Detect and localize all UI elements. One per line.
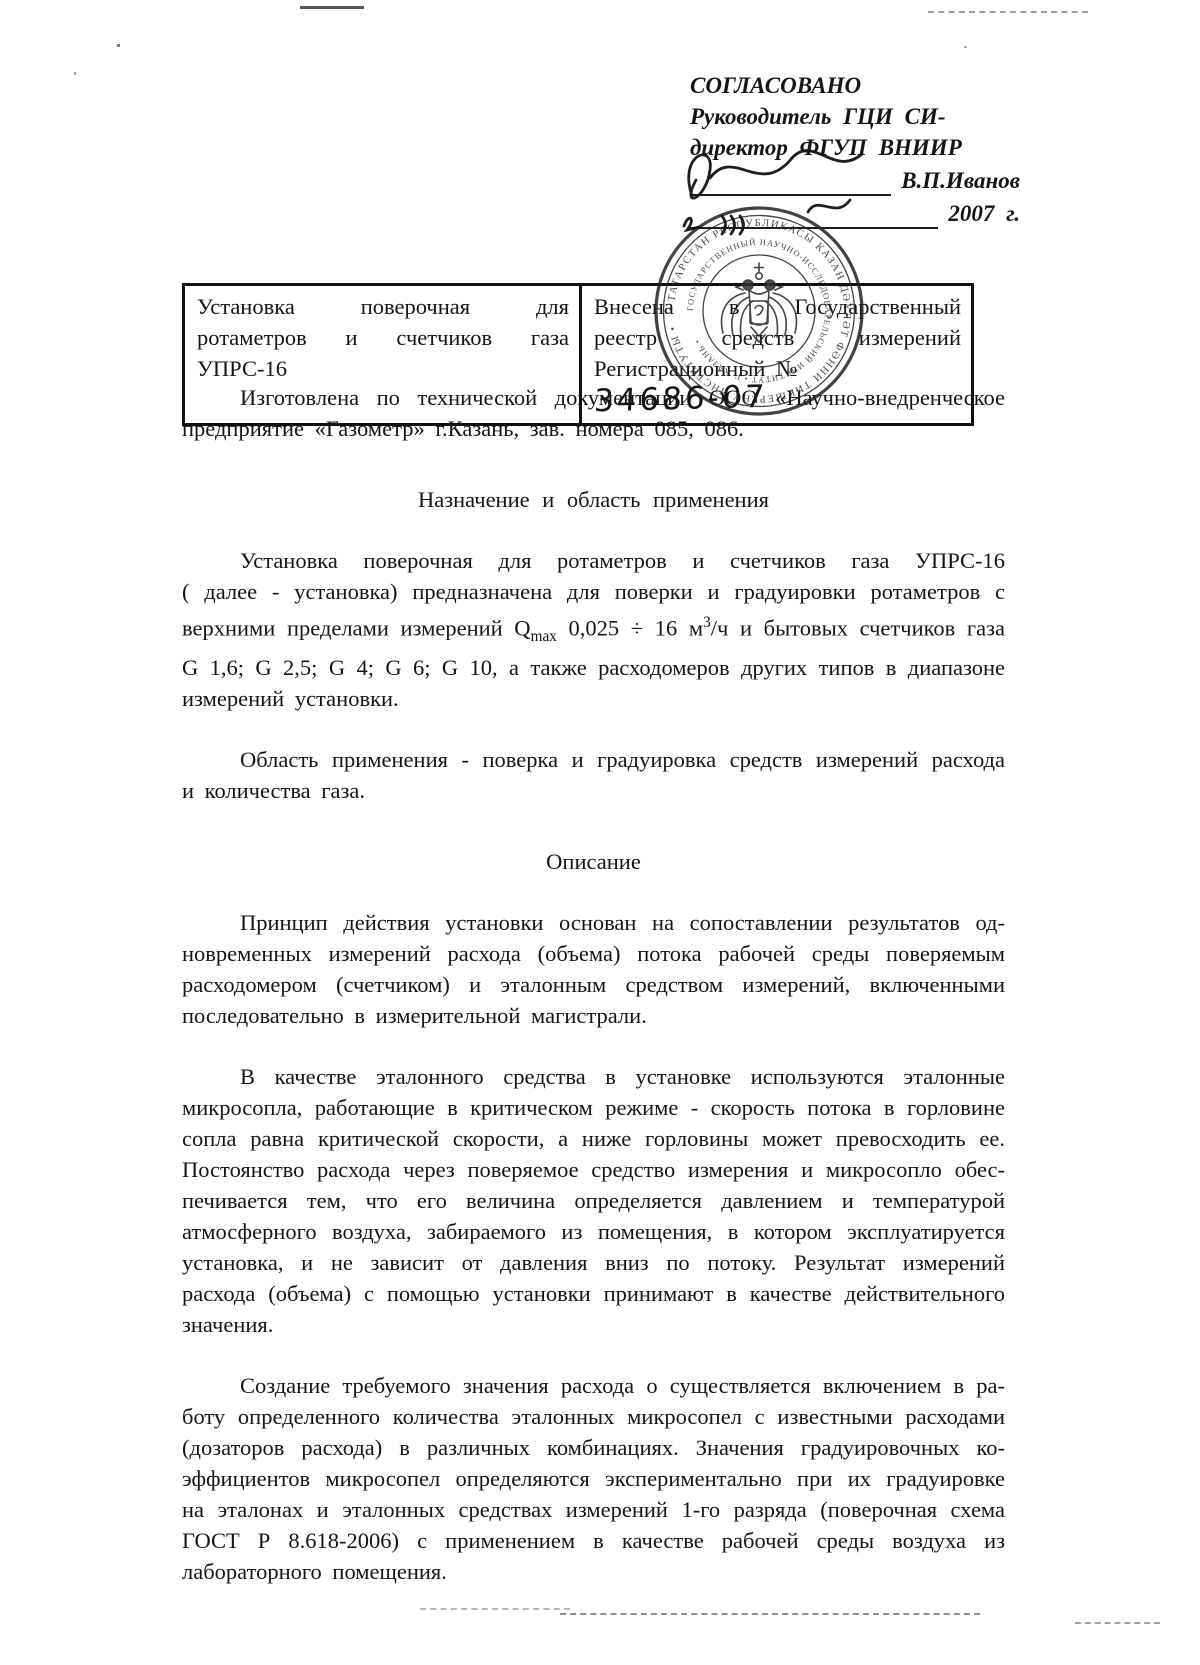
scan-artifact-dashes-bottom — [560, 1613, 980, 1615]
scan-artifact-line — [300, 6, 364, 9]
paragraph-etalonnoe-sredstvo: В качестве эталонного средства в установ… — [182, 1061, 1005, 1340]
approval-title: СОГЛАСОВАНО — [690, 70, 1020, 101]
scanned-document-page: { "approval": { "title": "СОГЛАСОВАНО", … — [0, 0, 1200, 1665]
seal-ring-inner-text: ГОСУДАРСТВЕННЫЙ НАУЧНО-ИССЛЕДОВАТЕЛЬСКИЙ… — [685, 237, 833, 385]
paragraph-oblast-primeneniya: Область применения - поверка и градуиров… — [182, 744, 1005, 806]
approval-signatory-name: В.П.Иванов — [901, 165, 1020, 196]
paragraph-naznachenie: Установка поверочная для ротаметров и сч… — [182, 545, 1005, 714]
scan-artifact-dashes — [928, 11, 1088, 13]
scan-artifact-dashes-bottom — [1075, 1622, 1160, 1624]
scan-artifact-dot — [964, 46, 967, 48]
heading-opisanie: Описание — [182, 846, 1005, 877]
scan-artifact-dashes-bottom — [420, 1608, 570, 1610]
scan-artifact-dot — [117, 44, 120, 47]
approval-date: 2007 г. — [948, 198, 1020, 229]
heading-naznachenie: Назначение и область применения — [182, 484, 1005, 515]
table-cell-device-name: Установка поверочная дляротаметров и сче… — [185, 286, 582, 423]
document-body: Изготовлена по технической документации … — [182, 382, 1005, 1587]
paragraph-sozdanie-rashoda: Создание требуемого значения расхода о с… — [182, 1370, 1005, 1587]
double-headed-eagle-icon — [722, 263, 797, 342]
paragraph-princip-dejstviya: Принцип действия установки основан на со… — [182, 907, 1005, 1031]
handwritten-signature — [658, 116, 908, 246]
svg-text:ГОСУДАРСТВЕННЫЙ НАУЧНО-ИССЛЕДО: ГОСУДАРСТВЕННЫЙ НАУЧНО-ИССЛЕДОВАТЕЛЬСКИЙ… — [685, 237, 833, 385]
scan-artifact-dot — [74, 72, 76, 75]
